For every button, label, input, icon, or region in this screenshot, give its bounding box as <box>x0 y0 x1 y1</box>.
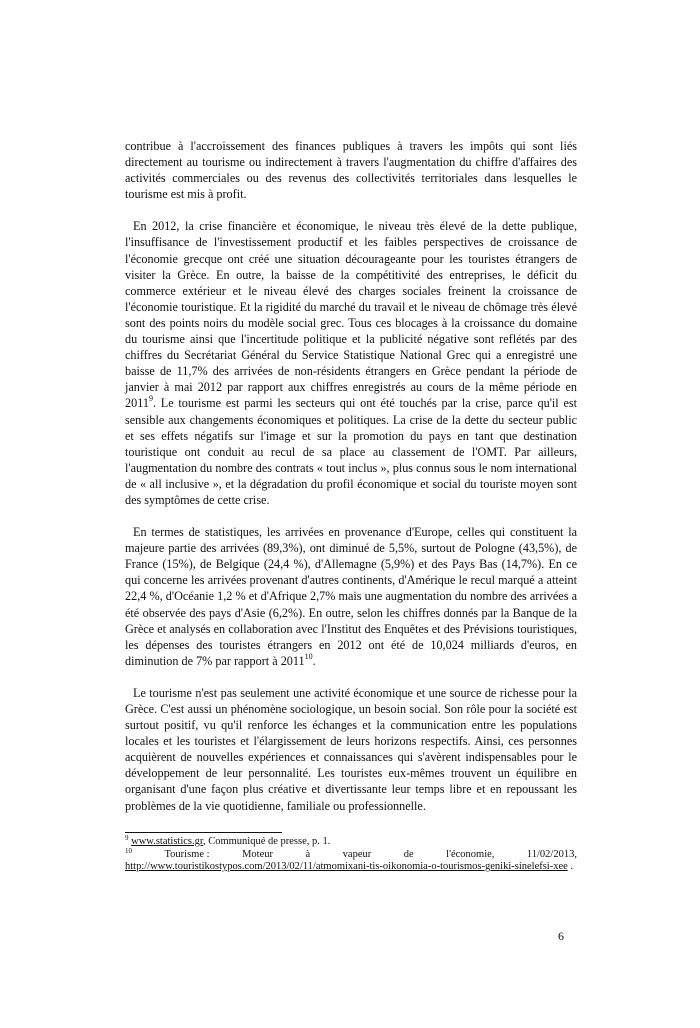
footnote-number: 10 <box>125 847 132 855</box>
footnote-tail: . <box>568 861 573 872</box>
footnote-10-url-line: http://www.touristikostypos.com/2013/02/… <box>125 861 577 874</box>
paragraph-text: contribue à l'accroissement des finances… <box>125 139 577 201</box>
footnote-number-wrap: 10 <box>125 849 132 862</box>
footnotes: 9 www.statistics.gr, Communiqué de press… <box>125 836 577 874</box>
body-text: contribue à l'accroissement des finances… <box>125 138 577 814</box>
footnote-word: Tourisme : <box>165 849 210 862</box>
footnote-10-first-line: 10 Tourisme : Moteur à vapeur de l'écono… <box>125 849 577 862</box>
page-number: 6 <box>558 929 564 944</box>
paragraph-4: Le tourisme n'est pas seulement une acti… <box>125 685 577 814</box>
footnote-text: , Communiqué de presse, p. 1. <box>203 836 330 847</box>
document-page: contribue à l'accroissement des finances… <box>0 0 700 1028</box>
footnote-word: vapeur <box>343 849 372 862</box>
paragraph-text: Le tourisme n'est pas seulement une acti… <box>125 686 577 813</box>
paragraph-1: contribue à l'accroissement des finances… <box>125 138 577 202</box>
footnote-word: de <box>404 849 414 862</box>
footnote-number: 9 <box>125 834 129 842</box>
paragraph-text: . Le tourisme est parmi les secteurs qui… <box>125 396 577 507</box>
footnote-ref-10[interactable]: 10 <box>305 652 313 661</box>
footnote-9: 9 www.statistics.gr, Communiqué de press… <box>125 836 577 849</box>
footnote-10: 10 Tourisme : Moteur à vapeur de l'écono… <box>125 849 577 874</box>
footnote-word: Moteur <box>242 849 273 862</box>
footnote-word: 11/02/2013, <box>527 849 577 862</box>
paragraph-text: En termes de statistiques, les arrivées … <box>125 525 577 668</box>
paragraph-3: En termes de statistiques, les arrivées … <box>125 524 577 669</box>
footnote-link[interactable]: www.statistics.gr <box>131 836 203 847</box>
paragraph-text: . <box>313 654 316 668</box>
footnote-word: l'économie, <box>446 849 494 862</box>
footnote-link[interactable]: http://www.touristikostypos.com/2013/02/… <box>125 861 568 872</box>
paragraph-text: En 2012, la crise financière et économiq… <box>125 219 577 410</box>
paragraph-2: En 2012, la crise financière et économiq… <box>125 218 577 508</box>
footnote-separator <box>125 832 282 833</box>
footnote-word: à <box>305 849 310 862</box>
